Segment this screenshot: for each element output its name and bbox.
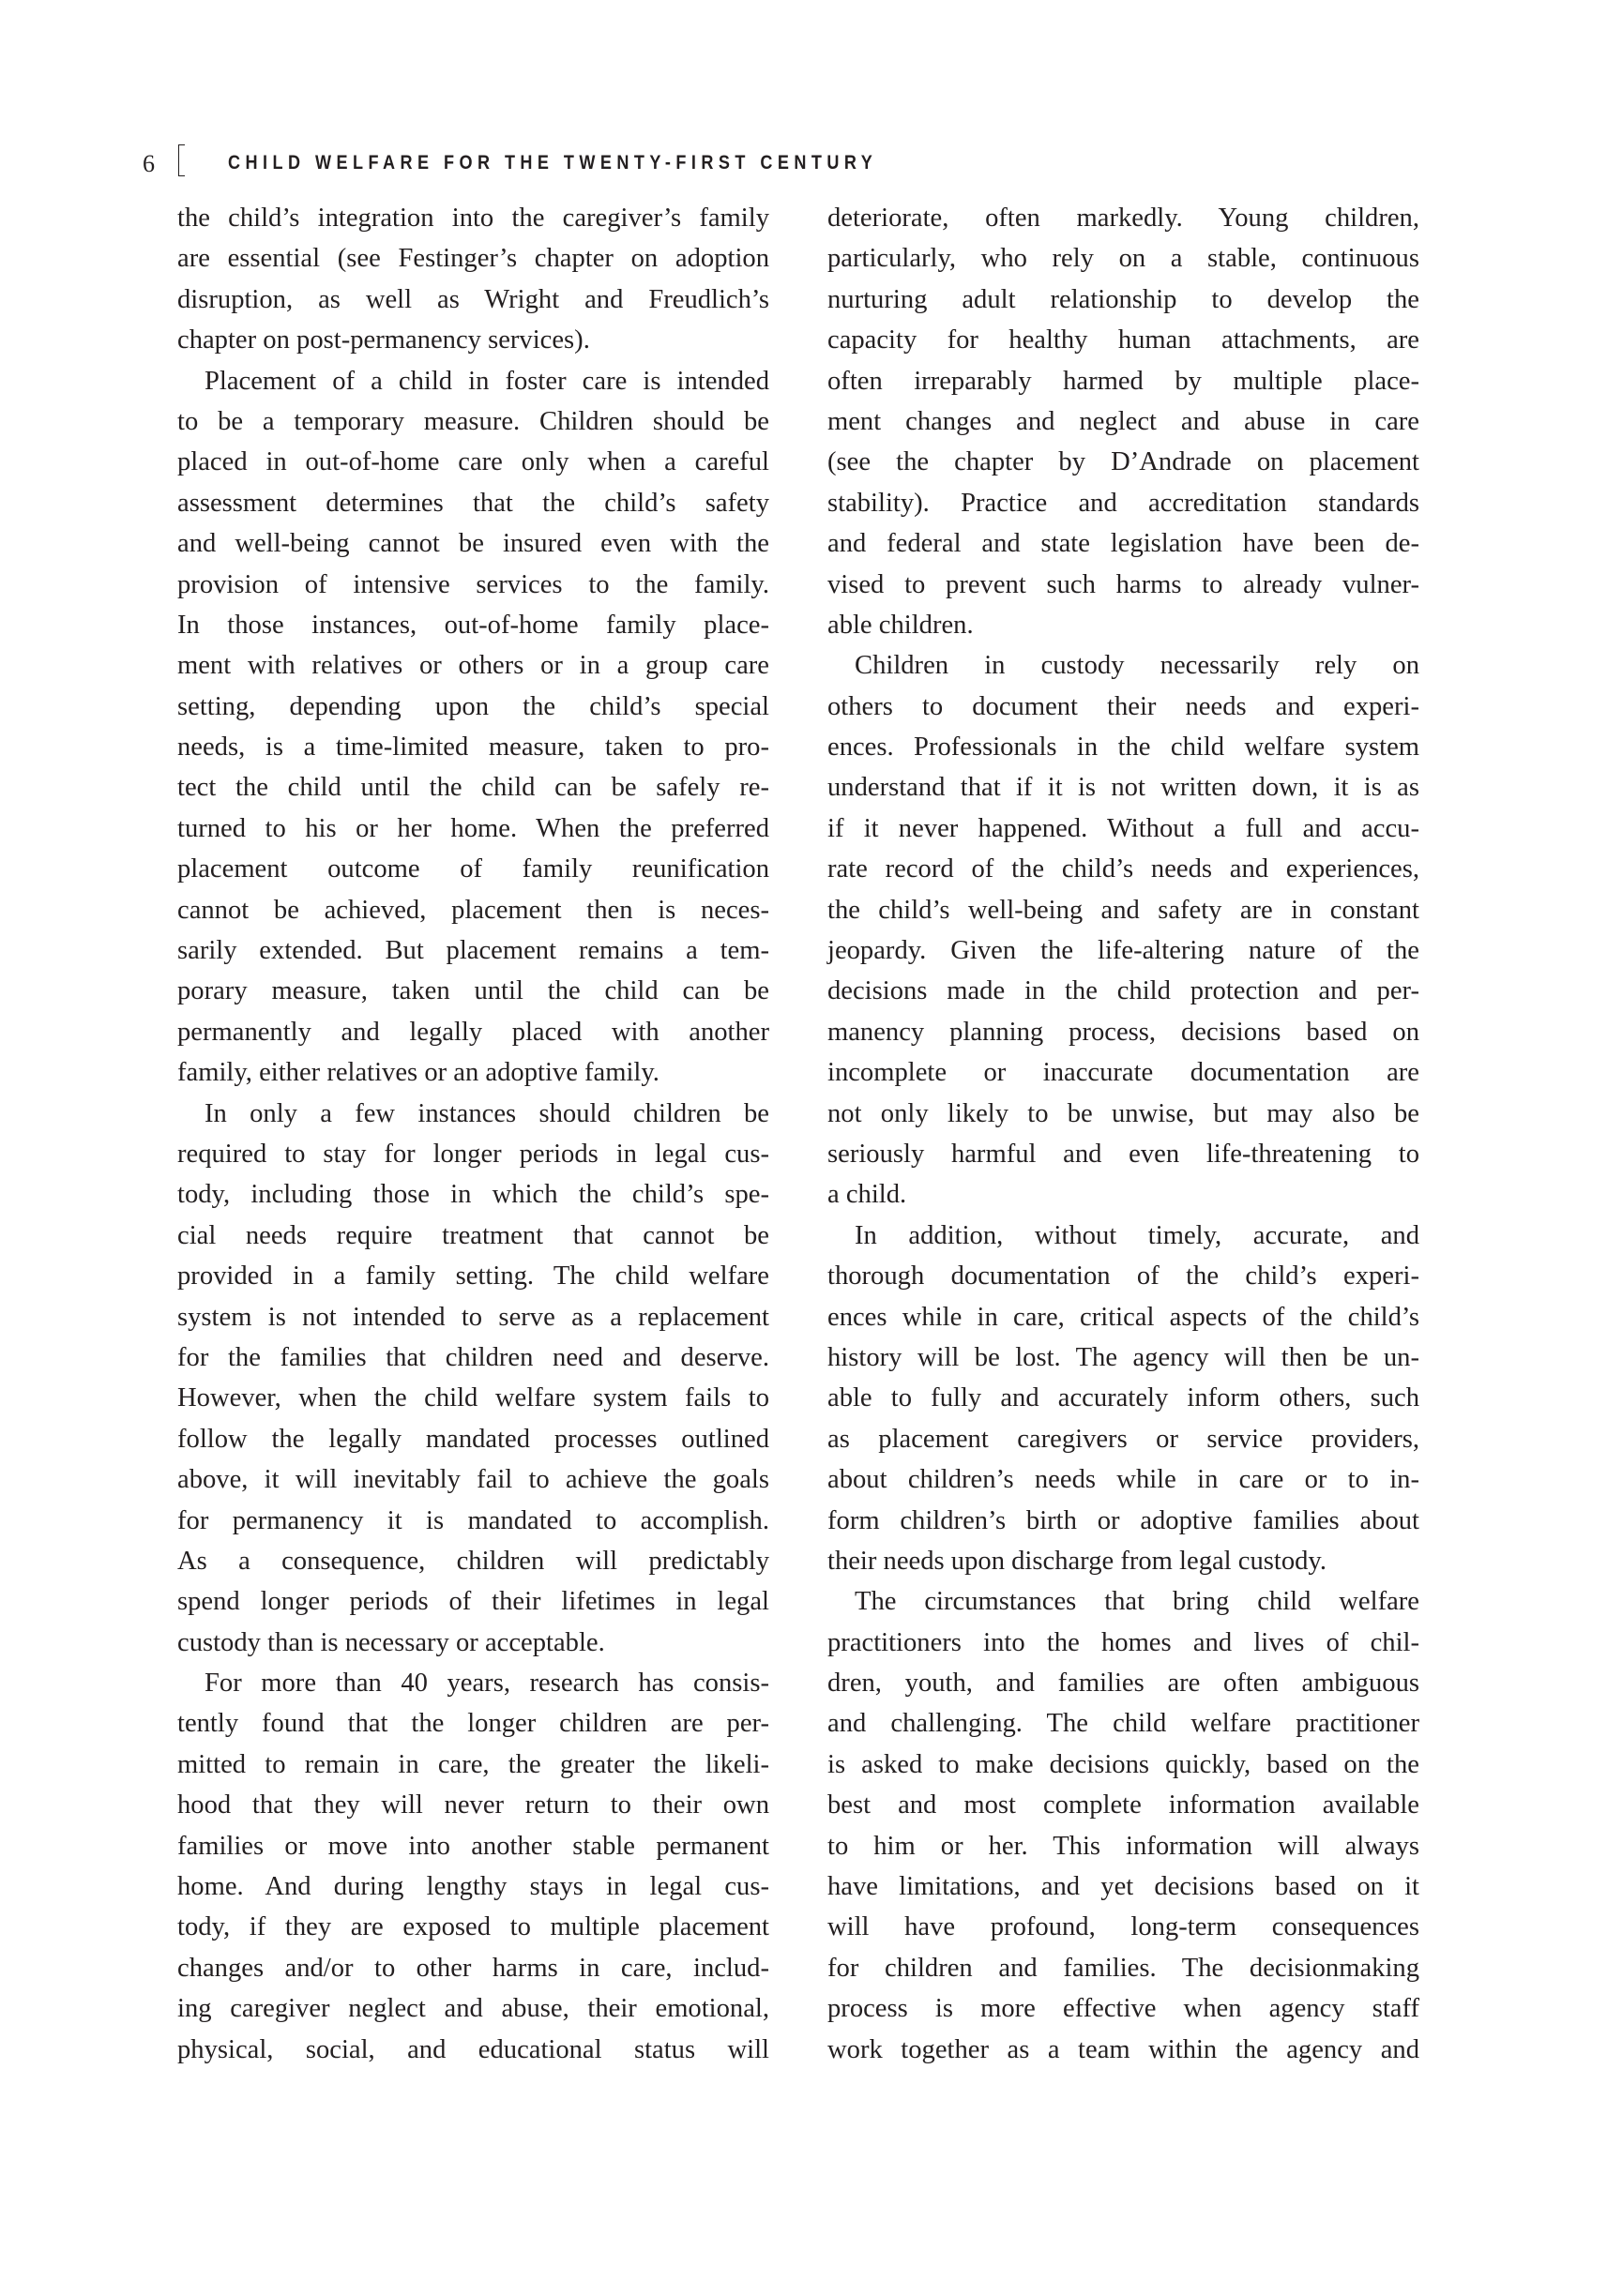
text-line: cannot be achieved, placement then is ne… [177, 890, 769, 930]
text-line: provided in a family setting. The child … [177, 1256, 769, 1296]
text-line: to him or her. This information will alw… [827, 1826, 1419, 1866]
text-line: seriously harmful and even life-threaten… [827, 1134, 1419, 1174]
text-line: dren, youth, and families are often ambi… [827, 1663, 1419, 1703]
text-line: thorough documentation of the child’s ex… [827, 1256, 1419, 1296]
text-line: not only likely to be unwise, but may al… [827, 1094, 1419, 1134]
text-line: above, it will inevitably fail to achiev… [177, 1459, 769, 1500]
text-line: placement outcome of family reunificatio… [177, 849, 769, 889]
text-line: nurturing adult relationship to develop … [827, 279, 1419, 320]
text-line: physical, social, and educational status… [177, 2030, 769, 2070]
text-line: In addition, without timely, accurate, a… [827, 1216, 1419, 1256]
text-line: capacity for healthy human attachments, … [827, 320, 1419, 360]
text-line: as placement caregivers or service provi… [827, 1419, 1419, 1459]
text-line: cial needs require treatment that cannot… [177, 1216, 769, 1256]
running-head: 6 CHILD WELFARE FOR THE TWENTY-FIRST CEN… [0, 141, 1607, 183]
text-line: Children in custody necessarily rely on [827, 645, 1419, 686]
text-line: for children and families. The decisionm… [827, 1948, 1419, 1988]
text-line: the child’s integration into the caregiv… [177, 198, 769, 238]
text-line: In only a few instances should children … [177, 1094, 769, 1134]
text-line: required to stay for longer periods in l… [177, 1134, 769, 1174]
text-line: In those instances, out-of-home family p… [177, 605, 769, 645]
text-line: porary measure, taken until the child ca… [177, 971, 769, 1011]
text-line: As a consequence, children will predicta… [177, 1541, 769, 1581]
text-line: rate record of the child’s needs and exp… [827, 849, 1419, 889]
text-line: particularly, who rely on a stable, cont… [827, 238, 1419, 279]
text-line: stability). Practice and accreditation s… [827, 483, 1419, 523]
text-line: ing caregiver neglect and abuse, their e… [177, 1988, 769, 2029]
text-line: needs, is a time-limited measure, taken … [177, 727, 769, 767]
text-line: for the families that children need and … [177, 1337, 769, 1378]
text-line: tody, including those in which the child… [177, 1174, 769, 1215]
text-line: ences while in care, critical aspects of… [827, 1297, 1419, 1337]
text-line: have limitations, and yet decisions base… [827, 1866, 1419, 1907]
text-line: permanently and legally placed with anot… [177, 1012, 769, 1052]
text-line: history will be lost. The agency will th… [827, 1337, 1419, 1378]
left-column: the child’s integration into the caregiv… [177, 198, 769, 2070]
text-line: However, when the child welfare system f… [177, 1378, 769, 1418]
text-line: mitted to remain in care, the greater th… [177, 1745, 769, 1785]
text-line: ment with relatives or others or in a gr… [177, 645, 769, 686]
text-line: tody, if they are exposed to multiple pl… [177, 1907, 769, 1947]
text-line: will have profound, long-term consequenc… [827, 1907, 1419, 1947]
text-line: sarily extended. But placement remains a… [177, 930, 769, 971]
right-column: deteriorate, often markedly. Young child… [827, 198, 1419, 2070]
text-line: and well-being cannot be insured even wi… [177, 523, 769, 564]
text-line: home. And during lengthy stays in legal … [177, 1866, 769, 1907]
text-line: deteriorate, often markedly. Young child… [827, 198, 1419, 238]
text-line: if it never happened. Without a full and… [827, 808, 1419, 849]
text-line: turned to his or her home. When the pref… [177, 808, 769, 849]
text-line: decisions made in the child protection a… [827, 971, 1419, 1011]
text-line: hood that they will never return to thei… [177, 1785, 769, 1825]
text-line: For more than 40 years, research has con… [177, 1663, 769, 1703]
bracket-ornament [178, 144, 185, 176]
text-line: work together as a team within the agenc… [827, 2030, 1419, 2070]
text-line: follow the legally mandated processes ou… [177, 1419, 769, 1459]
text-line: The circumstances that bring child welfa… [827, 1581, 1419, 1622]
text-line: a child. [827, 1174, 1419, 1215]
text-line: often irreparably harmed by multiple pla… [827, 361, 1419, 401]
text-line: chapter on post-permanency services). [177, 320, 769, 360]
text-line: ences. Professionals in the child welfar… [827, 727, 1419, 767]
text-line: ment changes and neglect and abuse in ca… [827, 401, 1419, 442]
text-line: the child’s well-being and safety are in… [827, 890, 1419, 930]
text-line: jeopardy. Given the life-altering nature… [827, 930, 1419, 971]
text-line: are essential (see Festinger’s chapter o… [177, 238, 769, 279]
text-line: for permanency it is mandated to accompl… [177, 1501, 769, 1541]
text-line: tect the child until the child can be sa… [177, 767, 769, 808]
text-line: custody than is necessary or acceptable. [177, 1623, 769, 1663]
text-line: practitioners into the homes and lives o… [827, 1623, 1419, 1663]
page-number: 6 [143, 152, 155, 176]
text-line: is asked to make decisions quickly, base… [827, 1745, 1419, 1785]
text-line: system is not intended to serve as a rep… [177, 1297, 769, 1337]
text-line: to be a temporary measure. Children shou… [177, 401, 769, 442]
text-line: tently found that the longer children ar… [177, 1703, 769, 1744]
text-line: able children. [827, 605, 1419, 645]
text-line: about children’s needs while in care or … [827, 1459, 1419, 1500]
text-line: process is more effective when agency st… [827, 1988, 1419, 2029]
text-line: manency planning process, decisions base… [827, 1012, 1419, 1052]
text-line: disruption, as well as Wright and Freudl… [177, 279, 769, 320]
text-line: others to document their needs and exper… [827, 687, 1419, 727]
text-line: assessment determines that the child’s s… [177, 483, 769, 523]
running-title: CHILD WELFARE FOR THE TWENTY-FIRST CENTU… [228, 153, 877, 174]
text-line: families or move into another stable per… [177, 1826, 769, 1866]
text-line: spend longer periods of their lifetimes … [177, 1581, 769, 1622]
text-line: (see the chapter by D’Andrade on placeme… [827, 442, 1419, 482]
text-line: understand that if it is not written dow… [827, 767, 1419, 808]
text-line: best and most complete information avail… [827, 1785, 1419, 1825]
text-line: Placement of a child in foster care is i… [177, 361, 769, 401]
text-line: setting, depending upon the child’s spec… [177, 687, 769, 727]
text-line: form children’s birth or adoptive famili… [827, 1501, 1419, 1541]
text-line: incomplete or inaccurate documentation a… [827, 1052, 1419, 1093]
text-line: vised to prevent such harms to already v… [827, 565, 1419, 605]
text-line: and challenging. The child welfare pract… [827, 1703, 1419, 1744]
text-line: family, either relatives or an adoptive … [177, 1052, 769, 1093]
text-line: and federal and state legislation have b… [827, 523, 1419, 564]
text-line: able to fully and accurately inform othe… [827, 1378, 1419, 1418]
text-line: provision of intensive services to the f… [177, 565, 769, 605]
text-line: placed in out-of-home care only when a c… [177, 442, 769, 482]
text-line: changes and/or to other harms in care, i… [177, 1948, 769, 1988]
text-line: their needs upon discharge from legal cu… [827, 1541, 1419, 1581]
